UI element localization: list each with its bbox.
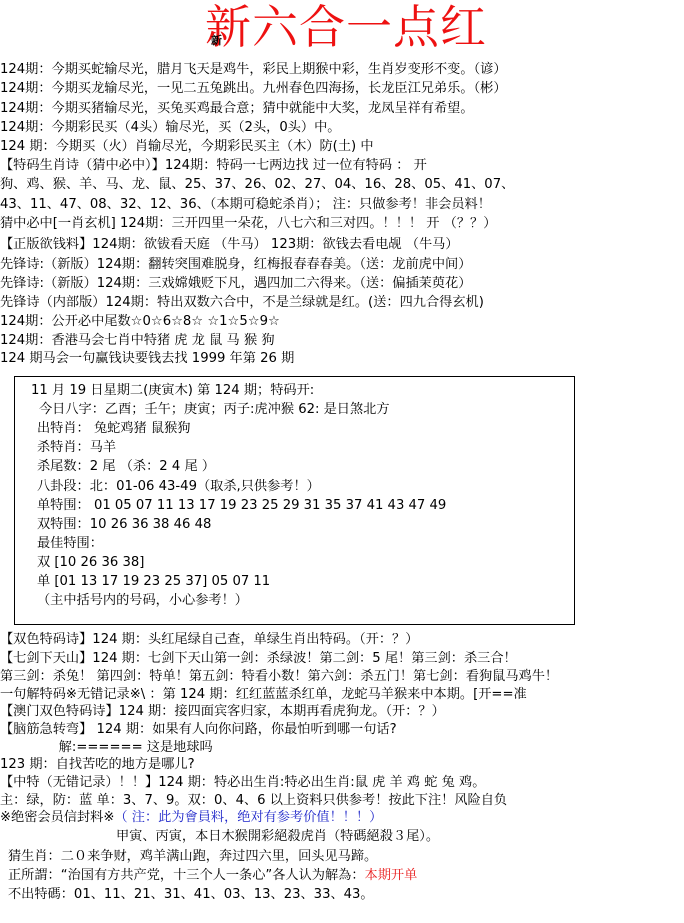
text-line: 【七剑下天山】124 期：七剑下天山第一剑：杀绿波！第二剑：5 尾！第三剑：杀三… [0,650,517,668]
member-line-4: 不出特碼：01、11、21、31、41、03、13、23、33、43。 [8,886,374,904]
page-title: 新六合一点红 [205,2,487,52]
text-line: 124期：今期买蛇输尽光，腊月飞天是鸡牛，彩民上期猴中彩，生肖岁变形不变。（谚） [0,61,507,79]
member-line-2: 猜生肖：二０来争财，鸡羊满山跑，奔过四六里，回头见马蹄。 [8,848,377,866]
box-line-odd-range: 单特围： 01 05 07 11 13 17 19 23 25 29 31 35… [37,497,446,515]
prediction-box: 11 月 19 日星期二(庚寅木) 第 124 期；特码开: 今日八字：乙酉；壬… [14,376,575,625]
box-line-date: 11 月 19 日星期二(庚寅木) 第 124 期；特码开: [31,382,314,400]
member-line-1: 甲寅、丙寅，本日木猴開彩絕殺虎肖（特碼絕殺３尾）。 [116,828,439,846]
text-line: 【双色特码诗】124 期：头红尾绿自己查，单绿生肖出特码。（开：？） [0,631,418,649]
text-line: 【特码生肖诗（猜中必中）】124期：特码一七两边找 过一位有特码 ： 开 [0,157,427,175]
box-line-best-even: 双 [10 26 36 38] [37,554,144,572]
member-prefix: ※绝密会员信封料※ [0,810,114,825]
text-line: 一句解特码※无错记录※\ ：第 124 期：红红蓝蓝杀红单，龙蛇马羊猴来中本期。… [0,686,527,704]
text-line: 124期：香港马会七肖中特猪 虎 龙 鼠 马 猴 狗 [0,332,275,350]
box-line-bazi: 今日八字：乙酉；壬午；庚寅；丙子:虎冲猴 62: 是日煞北方 [39,401,390,419]
text-line: 124 期马会一句赢钱诀要钱去找 1999 年第 26 期 [0,350,294,368]
member-line-3-prefix: 正所謂：“治国有方共产党，十三个人一条心”各人认为解為： [8,868,365,883]
box-line-even-range: 双特围：10 26 36 38 46 48 [37,516,211,534]
text-line: 124 期：今期买（火）肖输尽光，今期彩民买主（木）防(土) 中 [0,138,374,156]
box-line-kill-zodiac: 杀特肖：马羊 [37,439,116,457]
text-line: 124期：公开必中尾数☆0☆6☆8☆ ☆1☆5☆9☆ [0,313,280,331]
member-line-3: 正所謂：“治国有方共产党，十三个人一条心”各人认为解為：本期开单 [8,867,417,885]
text-line: 猜中必中[一肖玄机] 124期：三开四里一朵花，八七六和三对四。！！！ 开 （？… [0,215,496,233]
text-line: 43、11、47、08、32、12、36、（本期可稳蛇杀肖）； 注：只做参考！非… [0,196,491,214]
text-line: 先锋诗:（新版）124期：翻转突围难脱身，红梅报春春春美。（送：龙前虎中间） [0,256,471,274]
text-line: 124期：今期买龙输尽光，一见二五兔跳出。九州春色四海扬，长龙臣江兄弟乐。（彬） [0,80,507,98]
text-line-answer: 解:====== 这是地球吗 [0,739,213,757]
text-line: 主：绿，防：蓝 单：3、7、9。双：0、4、6 以上资料只供参考！按此下注！风险… [0,792,507,810]
box-line-bagua: 八卦段：北：01-06 43-49（取杀,只供参考！） [37,478,320,496]
text-line: 【正版欲钱料】124期：欲钹看天庭 （牛马） 123期：欲钱去看电觇 （牛马） [0,236,459,254]
text-line: 【澳门双色特码诗】124 期：接四面宾客归家，本期再看虎狗龙。（开：？） [0,703,445,721]
box-line-best-label: 最佳特围： [37,535,103,553]
text-line: 第三剑：杀兔！ 第四剑：特单！第五剑：特看小数！第六剑：杀五门！第七剑：看狗鼠马… [0,668,558,686]
member-line: ※绝密会员信封料※（ 注：此为會員料，绝对有参考价值！！！） [0,809,382,827]
member-line-3-answer: 本期开单 [365,868,418,883]
garbled-glyph: 新 [211,35,222,47]
text-line: 狗、鸡、猴、羊、马、龙、鼠、25、37、26、02、27、04、16、28、05… [0,176,514,194]
text-line: 123 期：自找苦吃的地方是哪儿? [0,756,195,774]
text-line: 【中特（无错记录）！！】124 期：特必出生肖:特必出生肖:鼠 虎 羊 鸡 蛇 … [0,774,485,792]
member-note: （ 注：此为會員料，绝对有参考价值！！！） [114,810,382,825]
box-line-kill-tail: 杀尾数：2 尾 （杀：2 4 尾 ） [37,458,215,476]
text-line: 124期：今期彩民买（4头）输尽光，买（2头，0头）中。 [0,119,340,137]
text-line: 先锋诗（内部版）124期：特出双数六合中，不是兰绿就是红。(送：四九合得玄机) [0,294,484,312]
box-line-out-zodiac: 出特肖： 兔蛇鸡猪 鼠猴狗 [37,420,190,438]
text-line: 【脑筋急转弯】 124 期：如果有人向你问路，你最怕听到哪一句话? [0,721,397,739]
box-line-note: （主中括号内的号码，小心参考！） [37,592,248,610]
text-line: 先锋诗:（新版）124期：三戏嫦娥贬下凡，遇四加二六得来。（送：偏插茉萸花） [0,275,471,293]
text-line: 124期：今期买猪输尽光，买兔买鸡最合意；猜中就能中大奖，龙凤呈祥有希望。 [0,100,474,118]
box-line-best-odd: 单 [01 13 17 19 23 25 37] 05 07 11 [37,573,270,591]
